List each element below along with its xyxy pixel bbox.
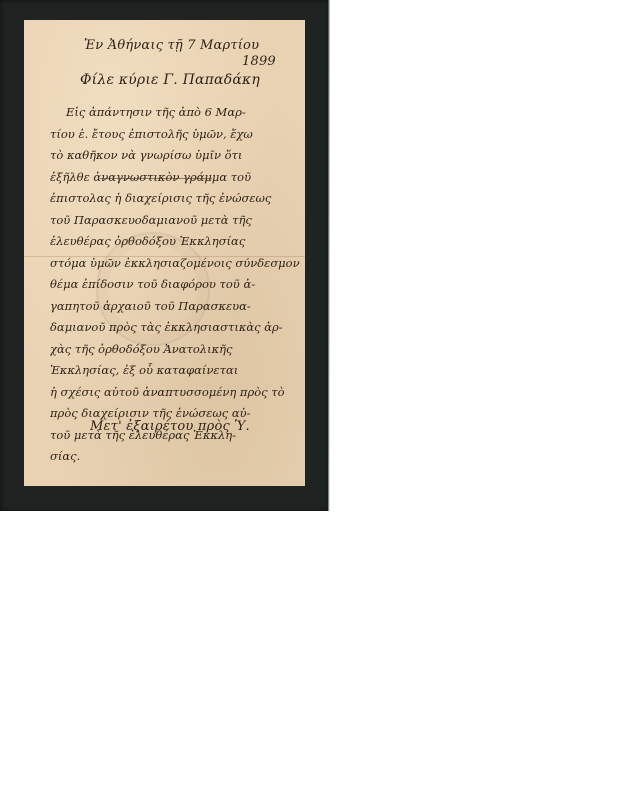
letter-line: ἐπιστολας ἡ διαχείρισις τῆς ἐνώσεως [50, 188, 300, 210]
letter-line: τοῦ Παρασκευοδαμιανοῦ μετὰ τῆς [50, 210, 300, 232]
letter-line: θέμα ἐπίδοσιν τοῦ διαφόρου τοῦ ἀ- [50, 274, 300, 296]
letter-dateline: Ἐν Ἀθήναις τῇ 7 Μαρτίου [84, 38, 259, 53]
letter-year: 1899 [242, 54, 276, 69]
letter-body: Εἰς ἀπάντησιν τῆς ἀπὸ 6 Μαρ- τίου ἐ. ἔτο… [50, 102, 300, 468]
letter-line: στόμα ὑμῶν ἐκκλησιαζομένοις σύνδεσμον [50, 253, 300, 275]
letter-line: χὰς τῆς ὀρθοδόξου Ἀνατολικῆς [50, 339, 300, 361]
letter-closing: Μετ' ἐξαιρέτου πρὸς Ὑ. [90, 419, 250, 434]
letter-line: ἡ σχέσις αὐτοῦ ἀναπτυσσομένη πρὸς τὸ [50, 382, 300, 404]
letter-line: Ἐκκλησίας, ἐξ οὗ καταφαίνεται [50, 360, 300, 382]
letter-line: γαπητοῦ ἀρχαιοῦ τοῦ Παρασκευα- [50, 296, 300, 318]
letter-line: τὸ καθῆκον νὰ γνωρίσω ὑμῖν ὅτι [50, 145, 300, 167]
black-mourning-frame: Ἐν Ἀθήναις τῇ 7 Μαρτίου 1899 Φίλε κύριε … [0, 0, 329, 511]
underline-mark [100, 178, 212, 179]
letter-salutation: Φίλε κύριε Γ. Παπαδάκη [80, 72, 260, 88]
letter-line: Εἰς ἀπάντησιν τῆς ἀπὸ 6 Μαρ- [50, 102, 300, 124]
letter-line: σίας. [50, 446, 300, 468]
letter-line: δαμιανοῦ πρὸς τὰς ἐκκλησιαστικὰς ἀρ- [50, 317, 300, 339]
letter-line: τίου ἐ. ἔτους ἐπιστολῆς ὑμῶν, ἔχω [50, 124, 300, 146]
letter-paper: Ἐν Ἀθήναις τῇ 7 Μαρτίου 1899 Φίλε κύριε … [24, 20, 305, 486]
letter-line: ἐλευθέρας ὀρθοδόξου Ἐκκλησίας [50, 231, 300, 253]
